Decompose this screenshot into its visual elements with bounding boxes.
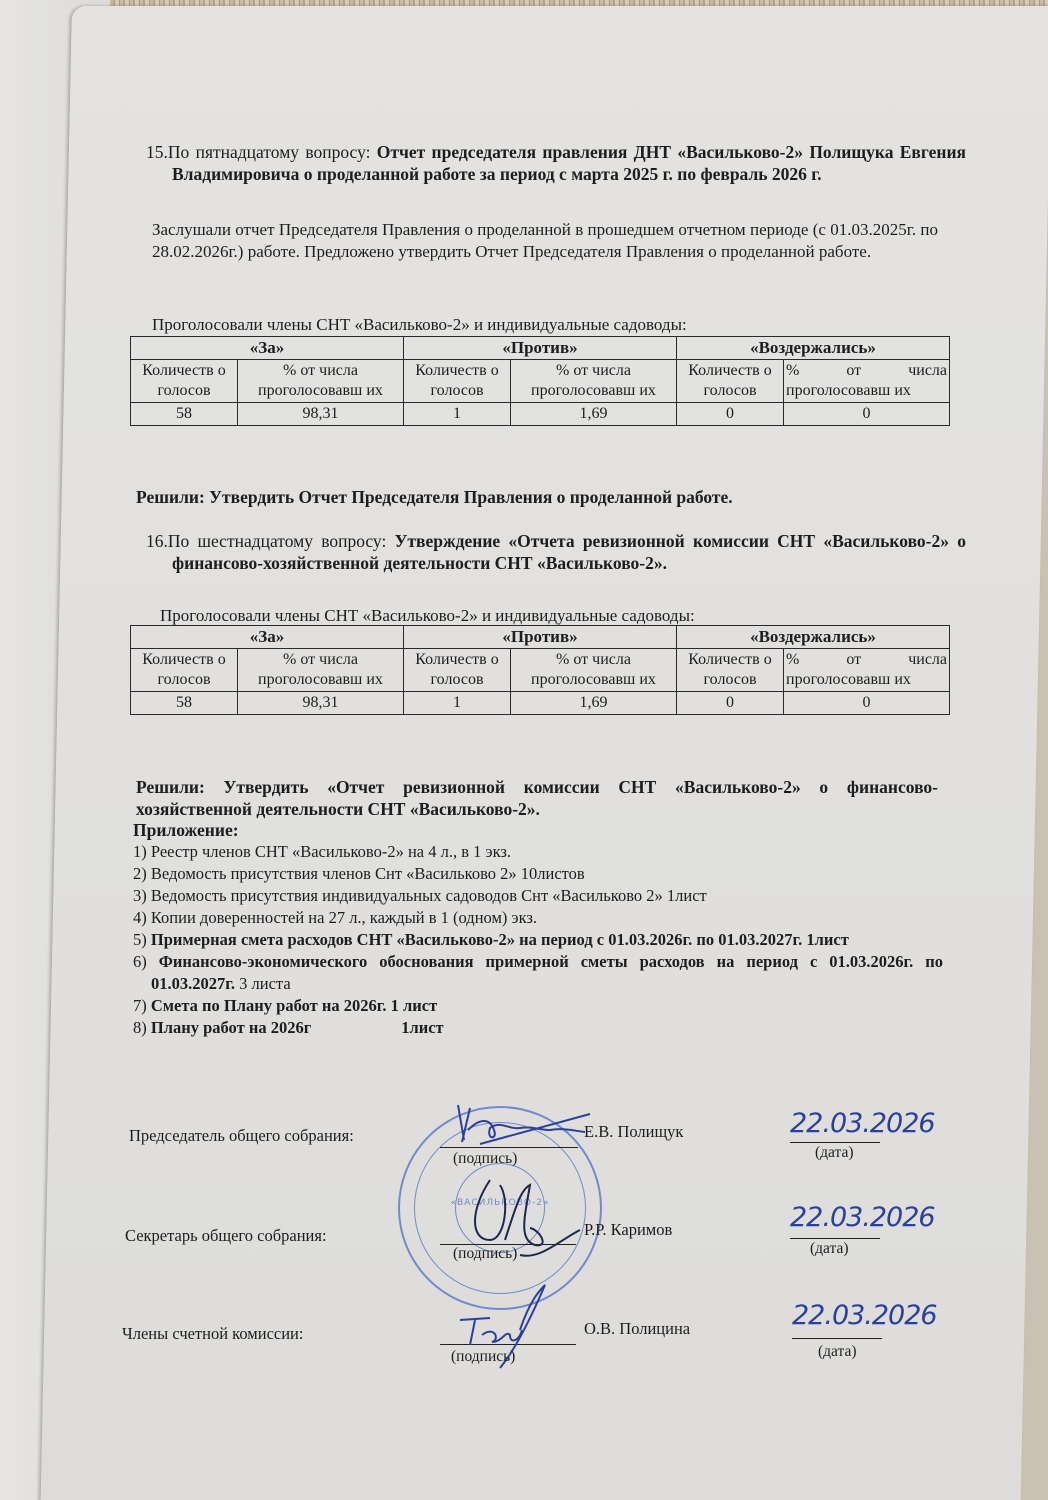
attachment-item: 2) Ведомость присутствия членов Снт «Вас…	[133, 863, 943, 885]
date-line-counting-commission	[792, 1338, 882, 1339]
col-header: Количеств о голосов	[404, 649, 511, 692]
attachment-number: 7)	[133, 996, 151, 1015]
item-16-heading: 16.По шестнадцатому вопросу: Утверждение…	[146, 530, 966, 574]
col-header: % от числа проголосовавш их	[238, 649, 404, 692]
vote-table-16: «За» «Против» «Воздержались» Количеств о…	[130, 625, 950, 715]
value-abstained-count: 0	[677, 403, 784, 426]
item-intro: По пятнадцатому вопросу:	[168, 142, 377, 162]
col-header: Количеств о голосов	[404, 360, 511, 403]
item-number: 16.	[146, 531, 168, 551]
signature-role-secretary: Секретарь общего собрания:	[125, 1226, 327, 1246]
group-for: «За»	[131, 337, 404, 360]
signature-caption: (подпись)	[453, 1150, 517, 1168]
value-against-count: 1	[404, 403, 511, 426]
vote-table-15: «За» «Против» «Воздержались» Количеств о…	[130, 336, 950, 426]
value-abstained-count: 0	[677, 692, 784, 715]
attachment-number: 1)	[133, 842, 151, 861]
col-header: Количеств о голосов	[131, 649, 238, 692]
value-abstained-percent: 0	[784, 403, 950, 426]
attachment-text: Ведомость присутствия индивидуальных сад…	[151, 886, 707, 905]
handwritten-signature-chairman	[450, 1100, 600, 1150]
attachment-sheet-count: 3 листа	[235, 974, 291, 993]
value-for-percent: 98,31	[238, 692, 404, 715]
signature-name-counting-commission: О.В. Полицина	[584, 1319, 690, 1339]
signature-caption: (подпись)	[451, 1348, 515, 1366]
group-for: «За»	[131, 626, 404, 649]
group-against: «Против»	[404, 626, 677, 649]
col-header: % от числа проголосовавш их	[784, 649, 950, 692]
signature-role-counting-commission: Члены счетной комиссии:	[122, 1324, 303, 1344]
value-for-count: 58	[131, 692, 238, 715]
value-for-percent: 98,31	[238, 403, 404, 426]
attachments: Приложение: 1) Реестр членов СНТ «Василь…	[133, 819, 943, 1039]
signature-name-chairman: Е.В. Полищук	[584, 1122, 683, 1142]
attachment-text: Реестр членов СНТ «Васильково-2» на 4 л.…	[151, 842, 511, 861]
decision-15: Решили: Утвердить Отчет Председателя Пра…	[136, 486, 936, 508]
attachment-item: 7) Смета по Плану работ на 2026г. 1 лист	[133, 995, 943, 1017]
date-caption: (дата)	[815, 1144, 854, 1162]
group-against: «Против»	[404, 337, 677, 360]
handwritten-date-secretary: 22.03.2026	[790, 1202, 935, 1233]
item-15-heading: 15.По пятнадцатому вопросу: Отчет предсе…	[146, 141, 966, 185]
item-number: 15.	[146, 142, 168, 162]
attachments-heading: Приложение:	[133, 819, 943, 841]
attachment-number: 2)	[133, 864, 151, 883]
col-header: Количеств о голосов	[677, 360, 784, 403]
decision-16: Решили: Утвердить «Отчет ревизионной ком…	[136, 776, 938, 820]
group-abstained: «Воздержались»	[677, 626, 950, 649]
group-abstained: «Воздержались»	[677, 337, 950, 360]
vote-caption-15: Проголосовали члены СНТ «Васильково-2» и…	[152, 315, 687, 335]
attachment-number: 5)	[133, 930, 151, 949]
date-caption: (дата)	[818, 1343, 857, 1361]
value-for-count: 58	[131, 403, 238, 426]
col-header: Количеств о голосов	[677, 649, 784, 692]
attachment-item: 8) Плану работ на 2026г1лист	[133, 1017, 943, 1039]
handwritten-date-chairman: 22.03.2026	[790, 1108, 935, 1139]
date-line-chairman	[790, 1142, 880, 1143]
attachment-item: 4) Копии доверенностей на 27 л., каждый …	[133, 907, 943, 929]
value-against-percent: 1,69	[511, 403, 677, 426]
table-row: 58 98,31 1 1,69 0 0	[131, 403, 950, 426]
attachment-item: 6) Финансово-экономического обоснования …	[133, 951, 943, 995]
handwritten-date-counting-commission: 22.03.2026	[792, 1300, 937, 1331]
attachment-number: 6)	[133, 952, 159, 971]
attachment-sheet-count: 1лист	[401, 1018, 443, 1037]
item-15-body: Заслушали отчет Председателя Правления о…	[152, 219, 938, 263]
attachment-text: Ведомость присутствия членов Снт «Василь…	[151, 864, 585, 883]
value-against-count: 1	[404, 692, 511, 715]
attachment-number: 8)	[133, 1018, 151, 1037]
table-row: 58 98,31 1 1,69 0 0	[131, 692, 950, 715]
handwritten-signature-secretary	[460, 1170, 590, 1280]
document-content: 15.По пятнадцатому вопросу: Отчет предсе…	[0, 0, 1048, 1500]
item-intro: По шестнадцатому вопросу:	[168, 531, 395, 551]
attachment-text: Плану работ на 2026г	[151, 1018, 311, 1037]
attachments-list: 1) Реестр членов СНТ «Васильково-2» на 4…	[133, 841, 943, 1039]
attachment-item: 1) Реестр членов СНТ «Васильково-2» на 4…	[133, 841, 943, 863]
attachment-text: Смета по Плану работ на 2026г. 1 лист	[151, 996, 437, 1015]
col-header: Количеств о голосов	[131, 360, 238, 403]
col-header: % от числа проголосовавш их	[511, 360, 677, 403]
col-header: % от числа проголосовавш их	[511, 649, 677, 692]
vote-caption-16: Проголосовали члены СНТ «Васильково-2» и…	[160, 606, 695, 626]
attachment-number: 4)	[133, 908, 151, 927]
signature-name-secretary: Р.Р. Каримов	[584, 1220, 672, 1240]
signature-role-chairman: Председатель общего собрания:	[129, 1126, 354, 1146]
col-header: % от числа проголосовавш их	[238, 360, 404, 403]
signature-caption: (подпись)	[453, 1245, 517, 1263]
attachment-text: Примерная смета расходов СНТ «Васильково…	[151, 930, 849, 949]
attachment-item: 3) Ведомость присутствия индивидуальных …	[133, 885, 943, 907]
col-header: % от числа проголосовавш их	[784, 360, 950, 403]
date-caption: (дата)	[810, 1240, 849, 1258]
value-against-percent: 1,69	[511, 692, 677, 715]
attachment-item: 5) Примерная смета расходов СНТ «Васильк…	[133, 929, 943, 951]
attachment-number: 3)	[133, 886, 151, 905]
attachment-text: Копии доверенностей на 27 л., каждый в 1…	[151, 908, 537, 927]
value-abstained-percent: 0	[784, 692, 950, 715]
date-line-secretary	[790, 1238, 880, 1239]
